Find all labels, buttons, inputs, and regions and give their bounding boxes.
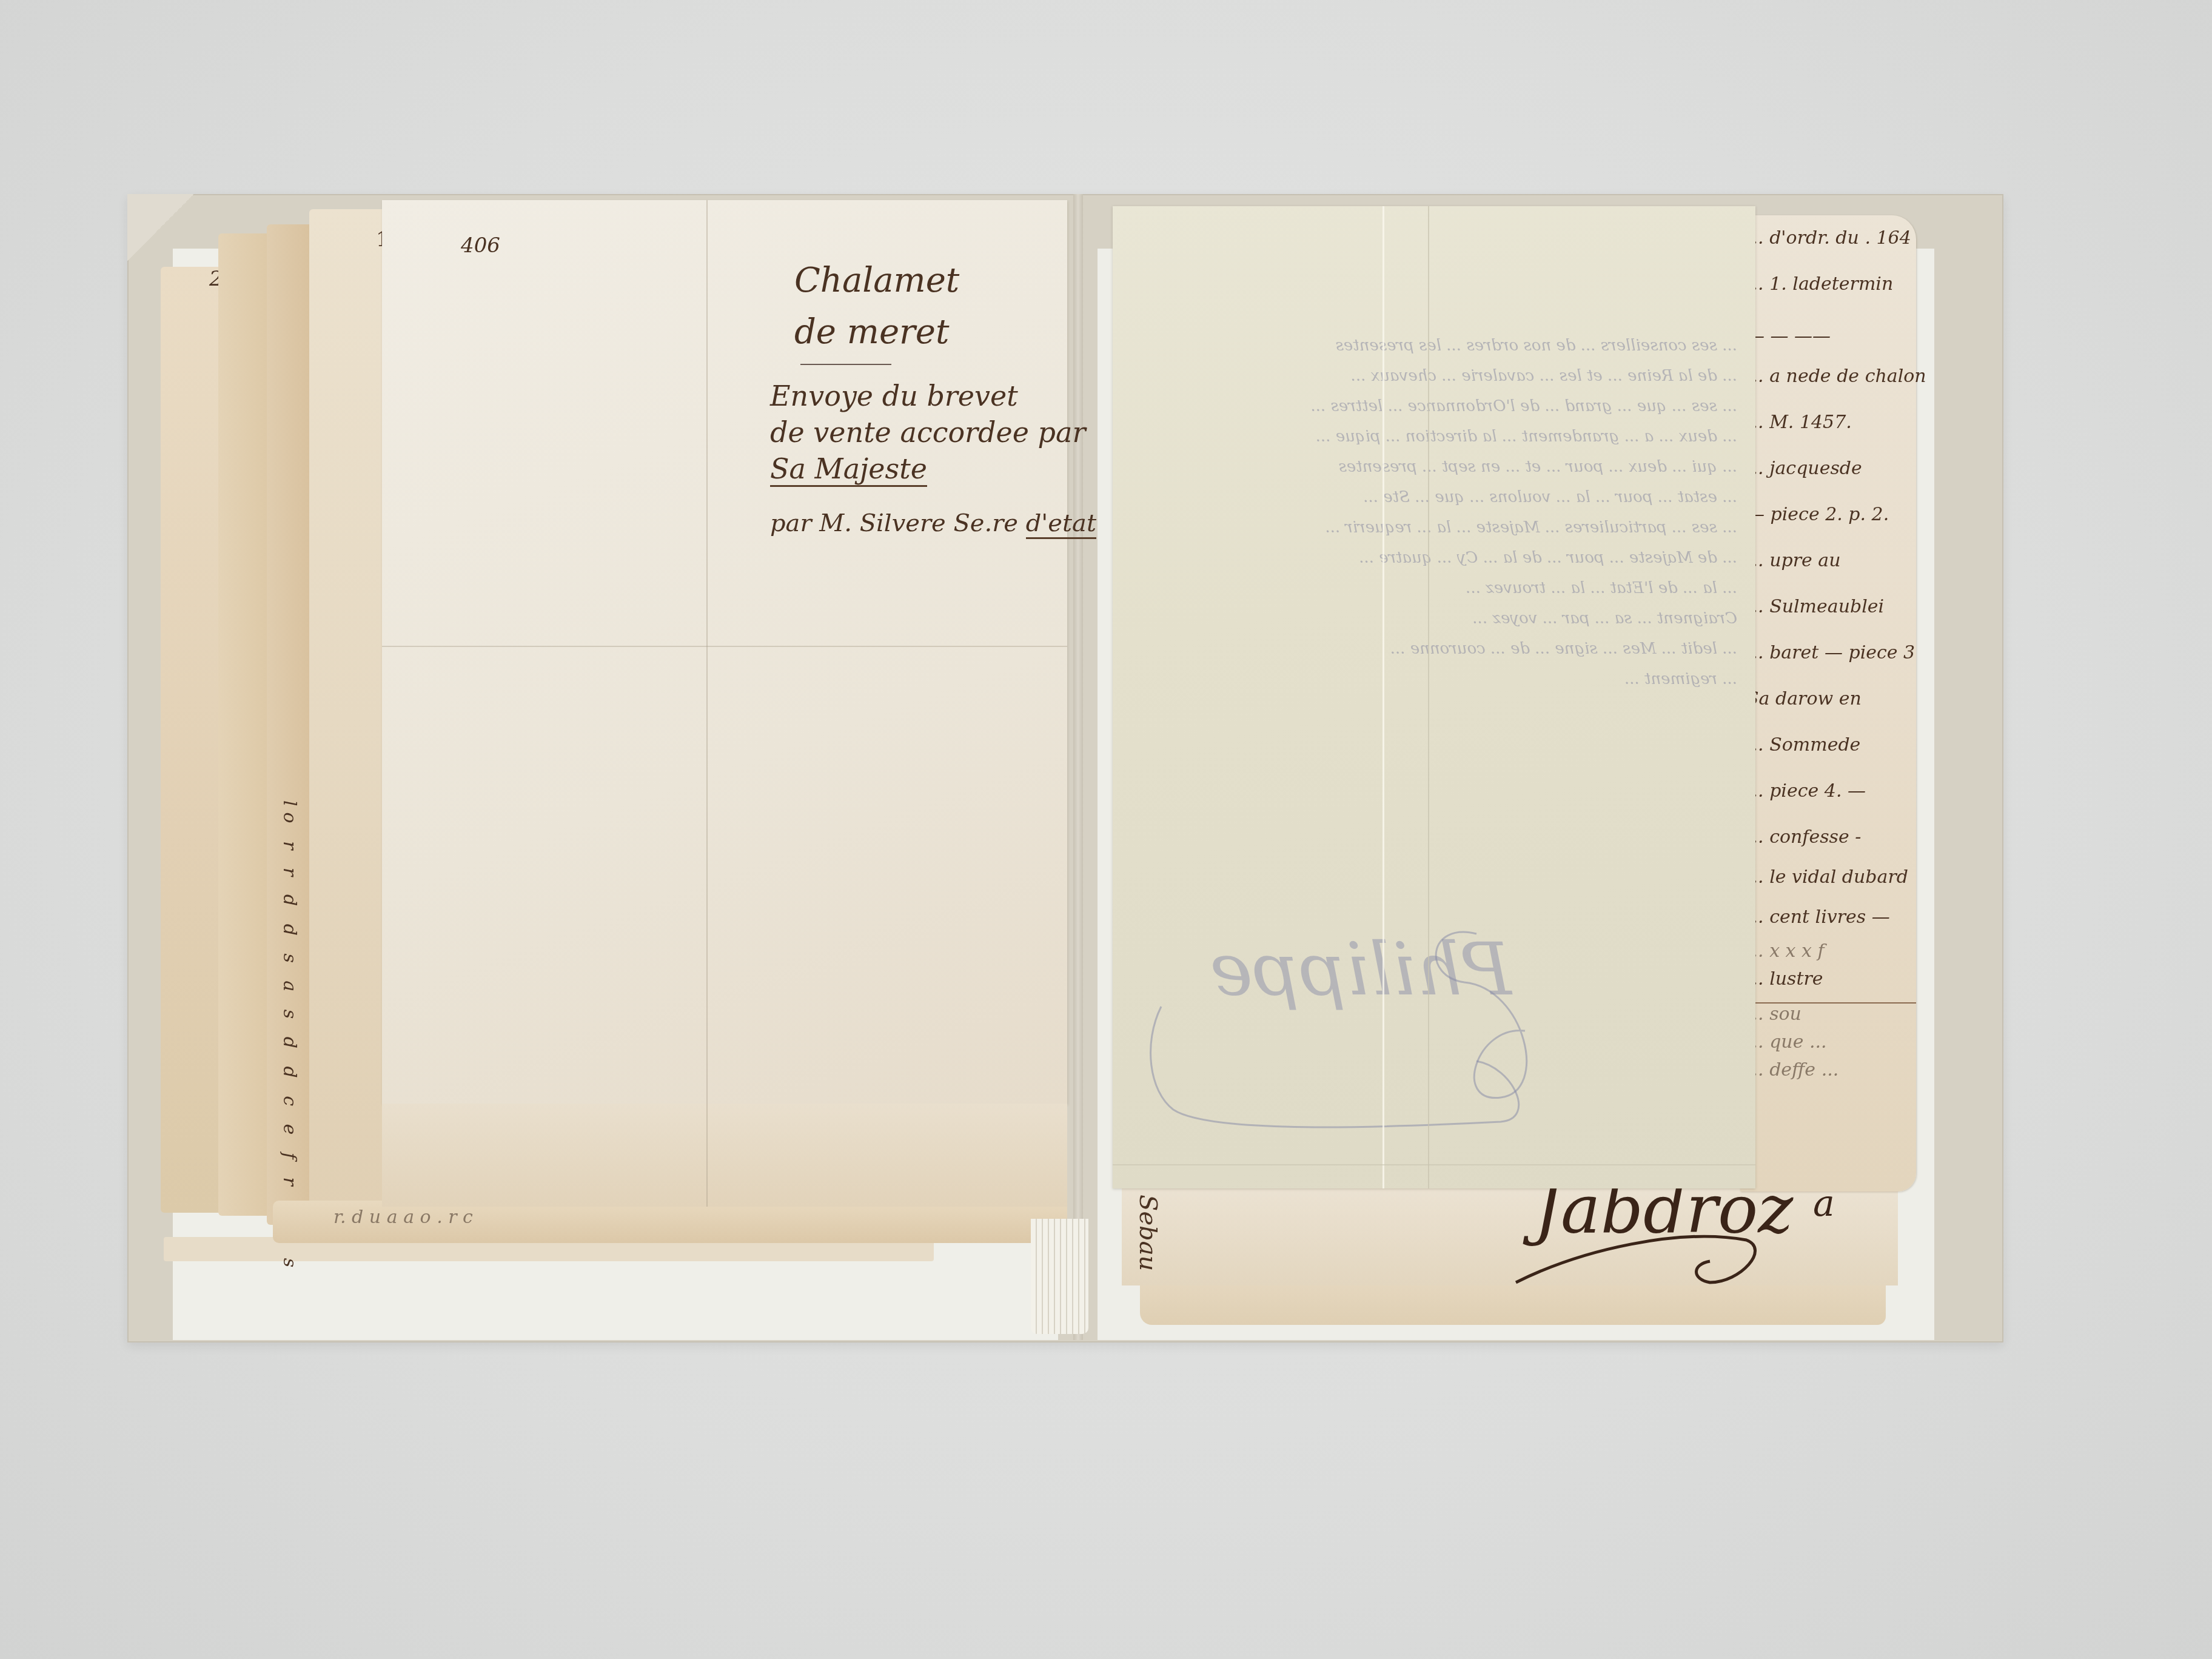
list-line: ... le vidal dubard (1746, 866, 1916, 907)
list-line: ... que ... (1746, 1031, 1916, 1059)
show-through-line: ... ledit ... Mes ... signe ... de ... c… (1131, 640, 1737, 670)
annotation-line-5: Sa Majeste (770, 452, 927, 487)
list-line: — — —— (1746, 326, 1916, 366)
annotation-line-5-wrap: Sa Majeste (770, 452, 1096, 485)
annotation-line-3: Envoye du brevet (770, 380, 1096, 412)
list-line: — piece 2. p. 2. (1746, 504, 1916, 550)
annotation-divider (800, 364, 891, 365)
list-line: ... 1. ladetermin (1746, 273, 1916, 326)
marginal-letters: Sebau (1134, 1195, 1162, 1271)
annotation-place: de meret (794, 312, 1096, 352)
show-through-line: ... estat ... pour ... la ... voulons ..… (1131, 488, 1737, 518)
show-through-line: ... la ... de l'Etat ... la ... trouvez … (1131, 579, 1737, 609)
right-list-lines: ... d'ordr. du . 164 ... 1. ladetermin —… (1746, 227, 1916, 1087)
annotation-line-4: de vente accordee par (770, 416, 1096, 449)
bottom-edge-text: r. d u a a o . r c (333, 1207, 473, 1228)
list-line: ... x x x f (1746, 940, 1916, 968)
annotation-etat: d'etat (1026, 509, 1096, 539)
annotation-secretary: par M. Silvere Se.re (770, 509, 1018, 537)
list-line: ... lustre (1746, 968, 1916, 1004)
list-line: ... baret — piece 3 (1746, 642, 1916, 688)
signature-flourish (1510, 1225, 1765, 1292)
show-through-text-block: ... ses conseillers ... de nos ordres ..… (1131, 337, 1737, 700)
vellum-fold-line (1428, 206, 1429, 1188)
show-through-signature-flourish (1137, 910, 1574, 1164)
page-edges-at-spine (1031, 1219, 1088, 1334)
list-line: ... deffe ... (1746, 1059, 1916, 1087)
show-through-line: ... deux ... a ... grandement ... la dir… (1131, 427, 1737, 458)
right-bottom-sheet-1: Sebau Jabdroz a (1122, 1188, 1898, 1285)
list-line: ... piece 4. — (1746, 780, 1916, 826)
left-page-lower-fold (382, 1104, 1067, 1207)
list-line: ... M. 1457. (1746, 412, 1916, 458)
show-through-line: ... ses conseillers ... de nos ordres ..… (1131, 337, 1737, 367)
left-stack-bottom-edge: r. d u a a o . r c (273, 1201, 1067, 1243)
show-through-line: ... de Majeste ... pour ... de la ... Cy… (1131, 549, 1737, 579)
list-line: ... sou (1746, 1004, 1916, 1031)
annotation-line-6-wrap: par M. Silvere Se.re d'etat (770, 509, 1096, 537)
vellum-fold-line (1382, 206, 1384, 1188)
show-through-line: ... ses ... particulieres ... Majeste ..… (1131, 518, 1737, 549)
show-through-line: Craignent ... sa ... par ... voyez ... (1131, 609, 1737, 640)
right-list-document: ... d'ordr. du . 164 ... 1. ladetermin —… (1740, 215, 1916, 1191)
list-line: ... d'ordr. du . 164 (1746, 227, 1916, 273)
list-line: ... cent livres — (1746, 907, 1916, 940)
list-line: ... Sulmeaublei (1746, 596, 1916, 642)
list-line: ... confesse - (1746, 826, 1916, 866)
left-open-page: 406 Chalamet de meret Envoye du brevet d… (382, 200, 1067, 1104)
vellum-letter: ... ses conseillers ... de nos ordres ..… (1113, 206, 1755, 1188)
annotation-name: Chalamet (794, 261, 1096, 300)
list-line: ... upre au (1746, 550, 1916, 596)
list-line: ... a nede de chalon (1746, 366, 1916, 412)
show-through-line: ... regiment ... (1131, 670, 1737, 700)
show-through-line: ... qui ... deux ... pour ... et ... en … (1131, 458, 1737, 488)
folio-number: 406 (461, 233, 500, 258)
list-line: ... Sommede (1746, 734, 1916, 780)
list-line: Sa darow en (1746, 688, 1916, 734)
list-line: ... jacquesde (1746, 458, 1916, 504)
show-through-line: ... de la Reine ... et les ... cavalerie… (1131, 367, 1737, 397)
show-through-line: ... ses ... que ... grand ... de l'Ordon… (1131, 397, 1737, 427)
left-page-vertical-fold (706, 200, 708, 1207)
left-page-horizontal-fold (382, 646, 1067, 647)
page-annotation: Chalamet de meret Envoye du brevet de ve… (770, 261, 1096, 537)
vellum-fold-line (1113, 1164, 1755, 1165)
